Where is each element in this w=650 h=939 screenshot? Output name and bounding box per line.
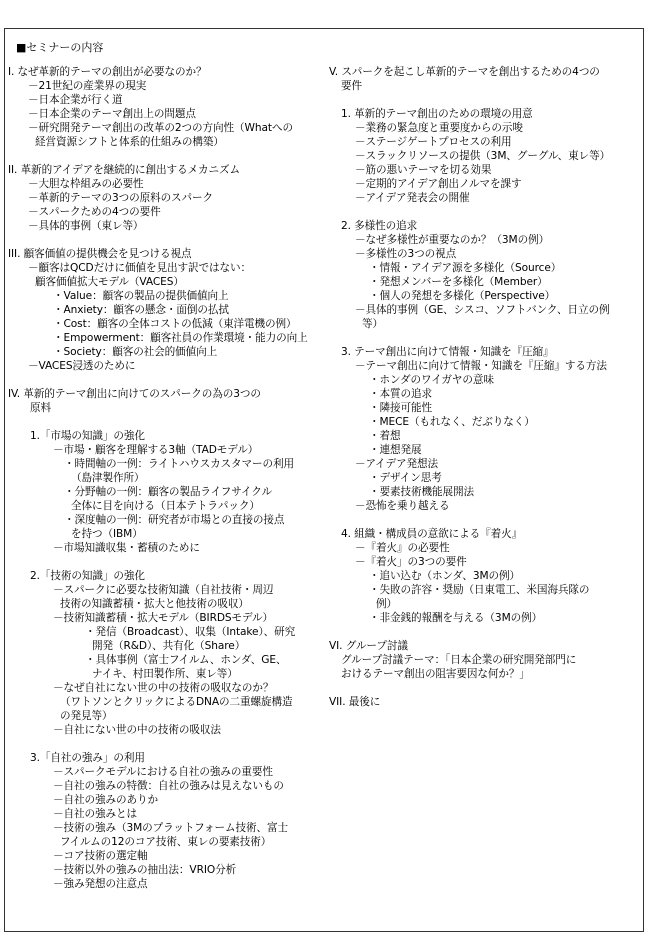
outline-line: －具体的事例（東レ等） — [8, 219, 313, 233]
outline-line: －市場・顧客を理解する3軸（TADモデル） — [8, 443, 313, 457]
outline-line: 原料 — [8, 401, 313, 415]
outline-line: ・分野軸の一例：顧客の製品ライフサイクル — [8, 485, 313, 499]
outline-line: 1. 革新的テーマ創出のための環境の用意 — [329, 107, 639, 121]
outline-line: －なぜ多様性が重要なのか？（3Mの例） — [329, 233, 639, 247]
outline-line: ・本質の追求 — [329, 387, 639, 401]
outline-line: －業務の緊急度と重要度からの示唆 — [329, 121, 639, 135]
outline-line: －VACES浸透のために — [8, 359, 313, 373]
outline-line: －技術知識蓄積・拡大モデル（BIRDSモデル） — [8, 611, 313, 625]
outline-line: ・深度軸の一例：研究者が市場との直接の接点 — [8, 513, 313, 527]
spacer — [8, 415, 313, 429]
outline-line: －『着火』の必要性 — [329, 541, 639, 555]
spacer — [329, 93, 639, 107]
outline-line: ・追い込む（ホンダ、3Mの例） — [329, 569, 639, 583]
outline-line: ・失敗の許容・奨励（日東電工、米国海兵隊の — [329, 583, 639, 597]
outline-line: おけるテーマ創出の阻害要因な何か？」 — [329, 667, 639, 681]
outline-line: ・Cost：顧客の全体コストの低減（東洋電機の例） — [8, 317, 313, 331]
outline-line: II. 革新的アイデアを継続的に創出するメカニズム — [8, 163, 313, 177]
spacer — [8, 555, 313, 569]
outline-line: ・時間軸の一例：ライトハウスカスタマーの利用 — [8, 457, 313, 471]
outline-line: 要件 — [329, 79, 639, 93]
outline-line: ・ホンダのワイガヤの意味 — [329, 373, 639, 387]
outline-line: I. なぜ革新的テーマの創出が必要なのか？ — [8, 65, 313, 79]
outline-line: 3. テーマ創出に向けて情報・知識を『圧縮』 — [329, 345, 639, 359]
outline-line: －技術の強み（3Mのプラットフォーム技術、富士 — [8, 821, 313, 835]
outline-line: －21世紀の産業界の現実 — [8, 79, 313, 93]
outline-line: －日本企業が行く道 — [8, 93, 313, 107]
outline-line: 例） — [329, 597, 639, 611]
outline-line: ナイキ、村田製作所、東レ等） — [8, 667, 313, 681]
outline-line: 全体に目を向ける（日本テトラパック） — [8, 499, 313, 513]
spacer — [329, 513, 639, 527]
outline-line: ・具体事例（富士フイルム、ホンダ、GE、 — [8, 653, 313, 667]
outline-line: －スパークための4つの要件 — [8, 205, 313, 219]
outline-line: －コア技術の選定軸 — [8, 849, 313, 863]
page-title: ■セミナーの内容 — [16, 41, 103, 55]
outline-line: ・情報・アイデア源を多様化（Source） — [329, 261, 639, 275]
outline-line: 2.「技術の知識」の強化 — [8, 569, 313, 583]
outline-line: ・Society：顧客の社会的価値向上 — [8, 345, 313, 359]
outline-line: 開発（R&D）、共有化（Share） — [8, 639, 313, 653]
outline-line: －スパークモデルにおける自社の強みの重要性 — [8, 765, 313, 779]
outline-line: III. 顧客価値の提供機会を見つける視点 — [8, 247, 313, 261]
outline-line: フイルムの12のコア技術、東レの要素技術） — [8, 835, 313, 849]
outline-line: －ステージゲートプロセスの利用 — [329, 135, 639, 149]
spacer — [8, 737, 313, 751]
outline-line: －『着火」の3つの要件 — [329, 555, 639, 569]
outline-line: ・非金銭的報酬を与える（3Mの例） — [329, 611, 639, 625]
outline-line: －スパークに必要な技術知識（自社技術・周辺 — [8, 583, 313, 597]
outline-line: ・個人の発想を多様化（Perspective） — [329, 289, 639, 303]
outline-line: を持つ（IBM） — [8, 527, 313, 541]
spacer — [329, 625, 639, 639]
outline-line: －定期的アイデア創出ノルマを課す — [329, 177, 639, 191]
outline-line: （島津製作所） — [8, 471, 313, 485]
outline-line: －自社の強みの特徴：自社の強みは見えないもの — [8, 779, 313, 793]
outline-line: IV. 革新的テーマ創出に向けてのスパークの為の3つの — [8, 387, 313, 401]
right-column: V. スパークを起こし革新的テーマを創出するための4つの要件1. 革新的テーマ創… — [329, 65, 639, 709]
outline-line: VI. グループ討議 — [329, 639, 639, 653]
outline-line: －スラックリソースの提供（3M、グーグル、東レ等） — [329, 149, 639, 163]
outline-line: ・MECE（もれなく、だぶりなく） — [329, 415, 639, 429]
outline-line: －筋の悪いテーマを切る効果 — [329, 163, 639, 177]
outline-line: V. スパークを起こし革新的テーマを創出するための4つの — [329, 65, 639, 79]
outline-line: の発見等） — [8, 709, 313, 723]
spacer — [8, 373, 313, 387]
spacer — [8, 149, 313, 163]
outline-line: ・要素技術機能展開法 — [329, 485, 639, 499]
outline-line: －自社にない世の中の技術の吸収法 — [8, 723, 313, 737]
outline-line: －アイデア発想法 — [329, 457, 639, 471]
outline-line: －強み発想の注意点 — [8, 877, 313, 891]
outline-line: ・Value：顧客の製品の提供価値向上 — [8, 289, 313, 303]
outline-line: ・発想メンバーを多様化（Member） — [329, 275, 639, 289]
left-column: I. なぜ革新的テーマの創出が必要なのか？－21世紀の産業界の現実－日本企業が行… — [8, 65, 313, 891]
outline-line: 技術の知識蓄積・拡大と他技術の吸収） — [8, 597, 313, 611]
outline-line: （ワトソンとクリックによるDNAの二重螺旋構造 — [8, 695, 313, 709]
outline-line: －革新的テーマの3つの原料のスパーク — [8, 191, 313, 205]
outline-line: ・隣接可能性 — [329, 401, 639, 415]
outline-line: －自社の強みのありか — [8, 793, 313, 807]
outline-line: ・発信（Broadcast）、収集（Intake）、研究 — [8, 625, 313, 639]
outline-line: －なぜ自社にない世の中の技術の吸収なのか？ — [8, 681, 313, 695]
outline-line: －日本企業のテーマ創出上の問題点 — [8, 107, 313, 121]
outline-line: －具体的事例（GE、シスコ、ソフトバンク、日立の例 — [329, 303, 639, 317]
outline-line: 1.「市場の知識」の強化 — [8, 429, 313, 443]
outline-line: －テーマ創出に向けて情報・知識を『圧縮』する方法 — [329, 359, 639, 373]
outline-line: ・連想発展 — [329, 443, 639, 457]
spacer — [8, 233, 313, 247]
outline-line: －顧客はQCDだけに価値を見出す訳ではない： — [8, 261, 313, 275]
outline-line: ・Anxiety：顧客の懸念・面倒の払拭 — [8, 303, 313, 317]
outline-line: ・Empowerment：顧客社員の作業環境・能力の向上 — [8, 331, 313, 345]
outline-line: ・着想 — [329, 429, 639, 443]
outline-line: －アイデア発表会の開催 — [329, 191, 639, 205]
spacer — [329, 331, 639, 345]
outline-line: －自社の強みとは — [8, 807, 313, 821]
outline-line: －大胆な枠組みの必要性 — [8, 177, 313, 191]
outline-line: －市場知識収集・蓄積のために — [8, 541, 313, 555]
outline-line: 顧客価値拡大モデル（VACES） — [8, 275, 313, 289]
outline-line: VII. 最後に — [329, 695, 639, 709]
outline-line: 4. 組織・構成員の意欲による『着火』 — [329, 527, 639, 541]
outline-line: －恐怖を乗り越える — [329, 499, 639, 513]
outline-line: －多様性の3つの視点 — [329, 247, 639, 261]
spacer — [329, 681, 639, 695]
outline-line: －技術以外の強みの抽出法：VRIO分析 — [8, 863, 313, 877]
outline-line: ・デザイン思考 — [329, 471, 639, 485]
outline-line: 等） — [329, 317, 639, 331]
outline-line: グループ討議テーマ：「日本企業の研究開発部門に — [329, 653, 639, 667]
outline-line: 3.「自社の強み」の利用 — [8, 751, 313, 765]
spacer — [329, 205, 639, 219]
outline-line: 経営資源シフトと体系的仕組みの構築） — [8, 135, 313, 149]
outline-line: －研究開発テーマ創出の改革の2つの方向性（Whatへの — [8, 121, 313, 135]
outline-line: 2. 多様性の追求 — [329, 219, 639, 233]
